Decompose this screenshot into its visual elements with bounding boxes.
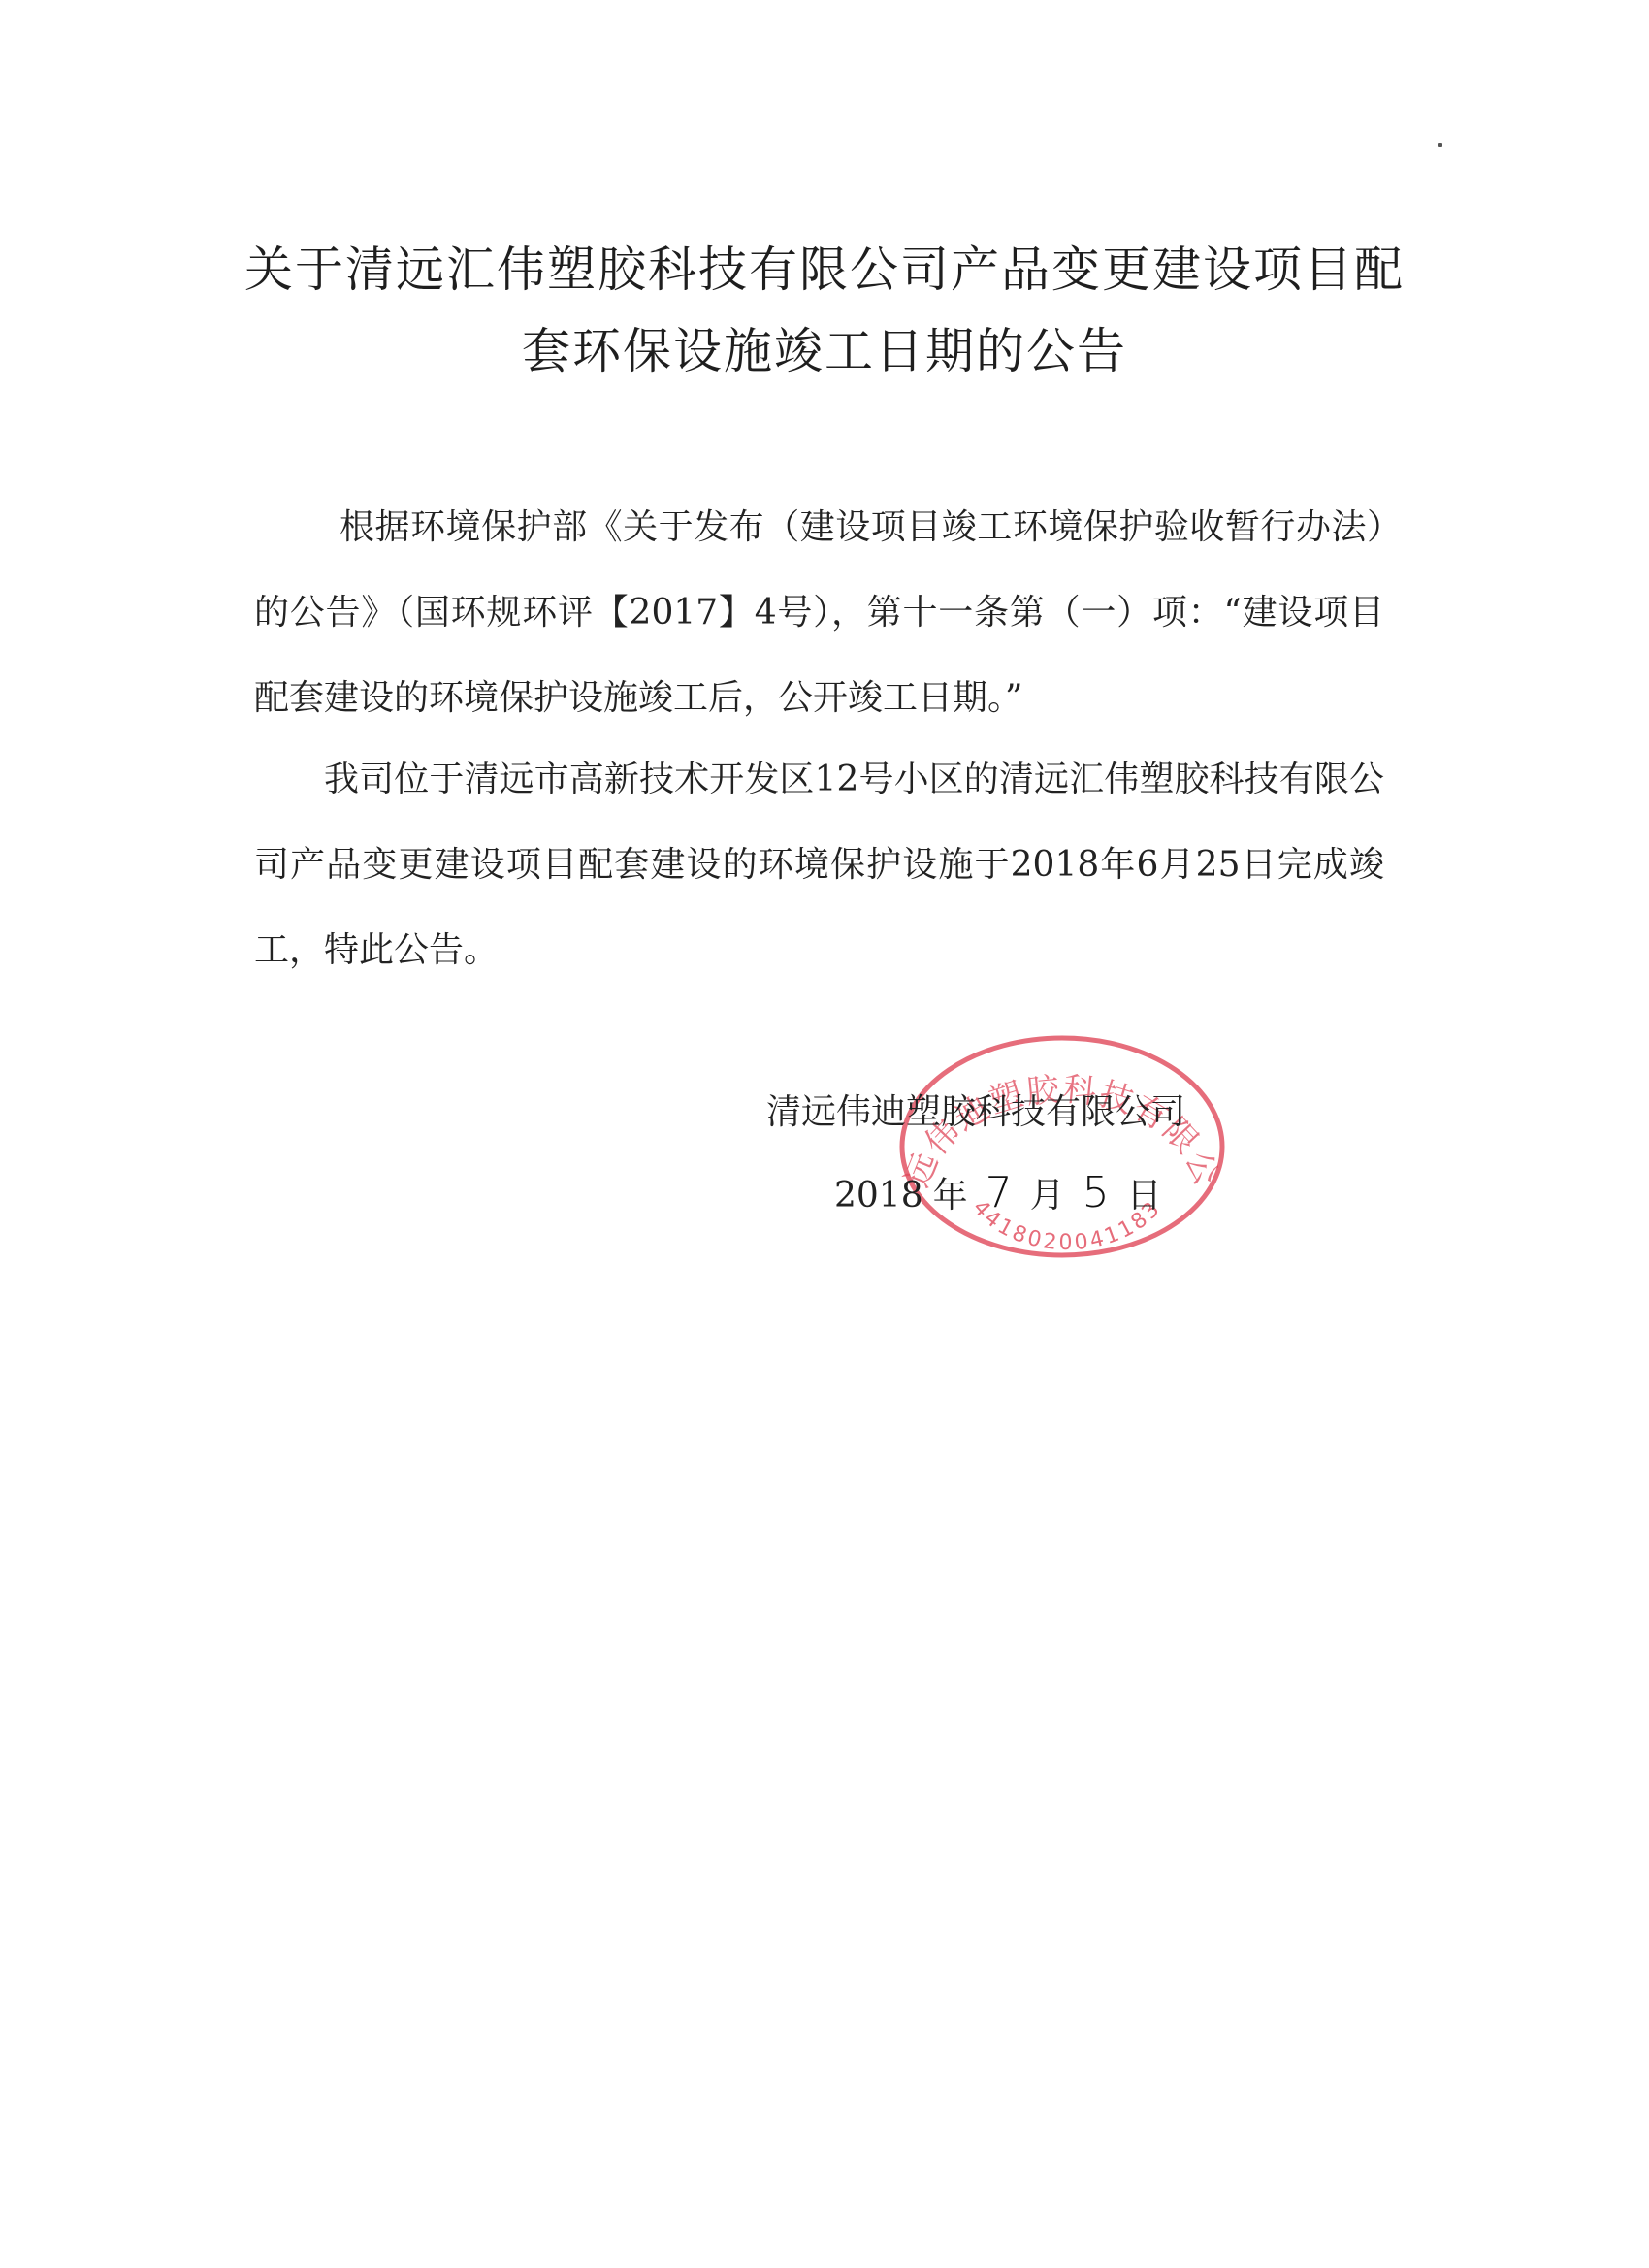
date-month-unit: 月 bbox=[1030, 1168, 1065, 1217]
date-day-unit: 日 bbox=[1127, 1168, 1162, 1217]
date-year: 2018 bbox=[834, 1176, 923, 1215]
date-day-handwritten: 5 bbox=[1083, 1168, 1110, 1217]
signing-company: 清远伟迪塑胶科技有限公司 bbox=[766, 1085, 1185, 1134]
date-month-handwritten: 7 bbox=[986, 1168, 1013, 1217]
document-title-line-2: 套环保设施竣工日期的公告 bbox=[242, 312, 1406, 382]
paragraph-announcement: 我司位于清远市高新技术开发区12号小区的清远汇伟塑胶科技有限公司产品变更建设项目… bbox=[254, 737, 1384, 993]
company-seal-stamp: 清远伟迪塑胶科技有限公司 4418020041183 bbox=[892, 1030, 1232, 1263]
document-title-line-1: 关于清远汇伟塑胶科技有限公司产品变更建设项目配 bbox=[242, 231, 1406, 301]
date-year-unit: 年 bbox=[933, 1168, 968, 1217]
signing-date: 2018 年 7 月 5 日 bbox=[834, 1168, 1162, 1217]
scan-speck bbox=[1438, 143, 1442, 147]
paragraph-legal-basis: 根据环境保护部《关于发布（建设项目竣工环境保护验收暂行办法）的公告》（国环规环评… bbox=[254, 485, 1384, 741]
